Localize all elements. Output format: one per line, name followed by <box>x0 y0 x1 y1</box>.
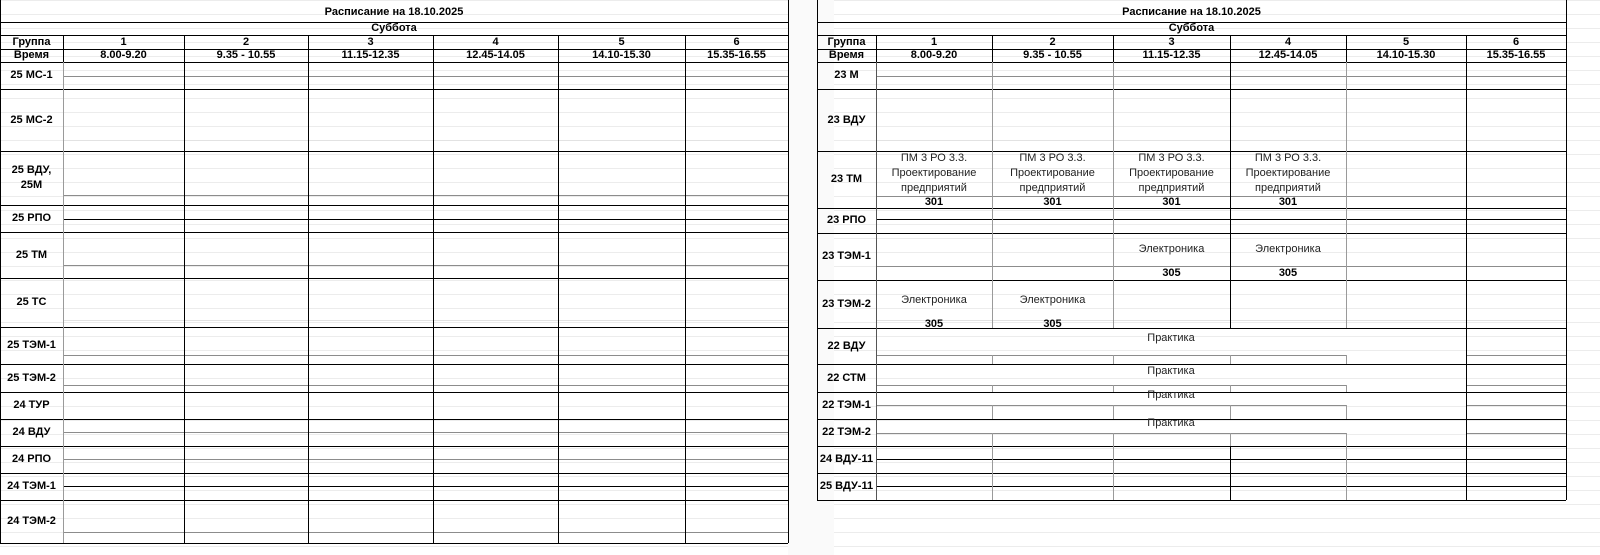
group-name: 22 СТМ <box>817 364 876 392</box>
grid-line <box>184 151 185 205</box>
grid-line <box>433 232 434 278</box>
grid-line <box>1466 392 1467 419</box>
grid-line <box>1566 0 1567 500</box>
pair-time: 15.35-16.55 <box>1466 49 1566 62</box>
group-name: 24 ТЭМ-2 <box>0 500 63 543</box>
schedule-title: Расписание на 18.10.2025 <box>0 2 788 22</box>
grid-line <box>876 405 1346 406</box>
pair-number: 3 <box>308 35 433 49</box>
grid-line <box>1466 419 1467 446</box>
pair-time: 11.15-12.35 <box>308 49 433 62</box>
grid-line <box>685 278 686 327</box>
grid-line <box>63 432 788 433</box>
pair-number: 5 <box>1346 35 1466 49</box>
pair-time: 8.00-9.20 <box>876 49 992 62</box>
grid-line <box>685 62 686 89</box>
grid-line <box>308 62 309 89</box>
grid-line <box>558 500 559 543</box>
grid-line <box>558 151 559 205</box>
grid-line <box>433 446 434 473</box>
group-name: 25 МС-2 <box>0 89 63 151</box>
day-label: Суббота <box>0 22 788 35</box>
pair-number: 2 <box>992 35 1113 49</box>
grid-line <box>1113 473 1114 500</box>
pair-number: 4 <box>1230 35 1346 49</box>
grid-line <box>1230 473 1231 500</box>
practice-label: Практика <box>876 328 1466 349</box>
grid-line <box>788 0 789 543</box>
pair-time: 14.10-15.30 <box>1346 49 1466 62</box>
grid-line <box>992 385 993 392</box>
grid-line <box>308 278 309 327</box>
grid-line <box>876 76 1566 77</box>
grid-line <box>0 543 788 544</box>
grid-line <box>184 392 185 419</box>
grid-line <box>184 35 185 62</box>
lesson-subject: ПМ 3 РО 3.3. Проектирование предприятий <box>876 151 992 196</box>
grid-line <box>308 232 309 278</box>
grid-line <box>876 140 1566 141</box>
group-name: 25 ТС <box>0 278 63 327</box>
grid-line <box>184 446 185 473</box>
grid-line <box>308 35 309 62</box>
grid-line <box>1346 89 1347 151</box>
grid-line <box>1346 280 1347 328</box>
group-header: Группа <box>817 35 876 49</box>
pair-number: 6 <box>685 35 788 49</box>
grid-line <box>1230 385 1231 392</box>
grid-line <box>184 62 185 89</box>
grid-line <box>63 385 788 386</box>
pair-time: 12.45-14.05 <box>1230 49 1346 62</box>
grid-line <box>1346 35 1347 62</box>
grid-line <box>876 459 1566 460</box>
group-name: 23 ТМ <box>817 151 876 208</box>
grid-line <box>876 433 1346 434</box>
pair-time: 9.35 - 10.55 <box>184 49 308 62</box>
group-name: 23 ТЭМ-1 <box>817 233 876 280</box>
grid-line <box>1466 405 1566 406</box>
group-header: Группа <box>0 35 63 49</box>
grid-line <box>1230 446 1231 473</box>
grid-line <box>1230 89 1231 151</box>
grid-line <box>876 486 1566 487</box>
grid-line <box>992 89 993 151</box>
grid-line <box>992 233 993 280</box>
grid-line <box>1113 446 1114 473</box>
grid-line <box>63 278 64 327</box>
group-name: 25 ТЭМ-2 <box>0 364 63 392</box>
grid-line <box>992 433 993 446</box>
grid-line <box>63 62 64 89</box>
grid-line <box>992 473 993 500</box>
pair-number: 3 <box>1113 35 1230 49</box>
lesson-room: 305 <box>992 320 1113 328</box>
grid-line <box>1346 446 1347 473</box>
grid-line <box>63 459 788 460</box>
grid-line <box>817 473 1566 474</box>
grid-line <box>1466 233 1467 280</box>
grid-line <box>1466 385 1566 386</box>
grid-line <box>876 446 877 473</box>
grid-line <box>63 419 64 446</box>
grid-line <box>876 385 1346 386</box>
grid-line <box>308 327 309 364</box>
grid-line <box>1466 208 1467 233</box>
grid-line <box>876 89 877 151</box>
grid-line <box>1346 151 1347 208</box>
grid-line <box>1466 433 1566 434</box>
grid-line <box>1230 355 1231 364</box>
grid-line <box>184 232 185 278</box>
grid-line <box>685 392 686 419</box>
group-name: 24 ВДУ <box>0 419 63 446</box>
grid-line <box>433 278 434 327</box>
grid-line <box>1346 208 1347 233</box>
grid-line <box>308 446 309 473</box>
grid-line <box>63 364 64 392</box>
grid-line <box>308 500 309 543</box>
grid-line <box>184 419 185 446</box>
grid-line <box>184 364 185 392</box>
grid-line <box>63 355 788 356</box>
grid-line <box>63 205 64 232</box>
pair-time: 9.35 - 10.55 <box>992 49 1113 62</box>
pair-number: 1 <box>63 35 184 49</box>
grid-line <box>1346 405 1347 419</box>
grid-line <box>558 446 559 473</box>
grid-line <box>1466 355 1566 356</box>
group-name: 23 ВДУ <box>817 89 876 151</box>
time-header: Время <box>0 49 63 62</box>
grid-line <box>1346 233 1347 280</box>
grid-line <box>685 151 686 205</box>
grid-line <box>685 446 686 473</box>
grid-line <box>63 140 788 141</box>
grid-line <box>1230 62 1231 89</box>
grid-line <box>0 232 788 233</box>
grid-line <box>1466 151 1467 208</box>
group-name: 25 РПО <box>0 205 63 232</box>
group-name: 23 ТЭМ-2 <box>817 280 876 328</box>
grid-line <box>1230 35 1231 62</box>
grid-line <box>817 446 1566 447</box>
schedule-title: Расписание на 18.10.2025 <box>817 2 1566 22</box>
grid-line <box>308 364 309 392</box>
lesson-subject: ПМ 3 РО 3.3. Проектирование предприятий <box>992 151 1113 196</box>
grid-line <box>308 473 309 500</box>
group-name: 23 М <box>817 62 876 89</box>
grid-line <box>0 151 788 152</box>
grid-line <box>992 62 993 89</box>
grid-line <box>0 278 788 279</box>
grid-line <box>817 500 1566 501</box>
grid-line <box>433 62 434 89</box>
grid-line <box>0 419 788 420</box>
grid-line <box>876 35 877 62</box>
lesson-subject: Электроника <box>1113 233 1230 266</box>
grid-line <box>0 364 788 365</box>
pair-time: 15.35-16.55 <box>685 49 788 62</box>
group-name: 24 ТУР <box>0 392 63 419</box>
grid-line <box>63 265 788 266</box>
grid-line <box>1466 35 1467 62</box>
grid-line <box>0 446 788 447</box>
grid-line <box>685 35 686 62</box>
grid-line <box>685 89 686 151</box>
grid-line <box>1346 355 1347 364</box>
grid-line <box>558 327 559 364</box>
grid-line <box>685 327 686 364</box>
grid-line <box>992 35 993 62</box>
grid-line <box>876 355 1346 356</box>
group-name: 25 МС-1 <box>0 62 63 89</box>
group-name: 25 ВДУ, 25М <box>0 151 63 205</box>
grid-line <box>1113 355 1114 364</box>
grid-line <box>433 327 434 364</box>
grid-line <box>433 89 434 151</box>
pair-number: 4 <box>433 35 558 49</box>
group-name: 22 ТЭМ-2 <box>817 419 876 446</box>
grid-line <box>1113 62 1114 89</box>
grid-line <box>308 89 309 151</box>
pair-number: 6 <box>1466 35 1566 49</box>
lesson-room: 305 <box>1230 266 1346 280</box>
group-name: 25 ТЭМ-1 <box>0 327 63 364</box>
grid-line <box>63 232 64 278</box>
lesson-room: 301 <box>1113 196 1230 208</box>
grid-line <box>558 89 559 151</box>
grid-line <box>0 500 788 501</box>
grid-line <box>685 205 686 232</box>
grid-line <box>63 89 64 151</box>
grid-line <box>685 364 686 392</box>
lesson-room: 301 <box>876 196 992 208</box>
grid-line <box>1113 280 1114 328</box>
grid-line <box>433 35 434 62</box>
grid-line <box>876 208 877 233</box>
group-name: 25 ТМ <box>0 232 63 278</box>
grid-line <box>308 205 309 232</box>
grid-line <box>433 419 434 446</box>
grid-line <box>1230 208 1231 233</box>
grid-line <box>876 473 877 500</box>
pair-number: 2 <box>184 35 308 49</box>
grid-line <box>63 76 788 77</box>
grid-line <box>1466 280 1467 328</box>
grid-line <box>184 89 185 151</box>
group-name: 24 ТЭМ-1 <box>0 473 63 500</box>
grid-line <box>558 278 559 327</box>
grid-line <box>0 327 788 328</box>
grid-line <box>1346 385 1347 392</box>
pair-number: 5 <box>558 35 685 49</box>
lesson-subject: ПМ 3 РО 3.3. Проектирование предприятий <box>1230 151 1346 196</box>
grid-line <box>63 473 64 500</box>
grid-line <box>0 392 788 393</box>
grid-line <box>1113 208 1114 233</box>
group-name: 25 ВДУ-11 <box>817 473 876 500</box>
grid-line <box>1113 89 1114 151</box>
grid-line <box>1466 89 1467 151</box>
pair-number: 1 <box>876 35 992 49</box>
grid-line <box>685 500 686 543</box>
grid-line <box>63 392 64 419</box>
grid-line <box>558 473 559 500</box>
grid-line <box>876 219 1566 220</box>
lesson-subject: Электроника <box>876 280 992 320</box>
grid-line <box>63 151 64 205</box>
grid-line <box>685 473 686 500</box>
grid-line <box>1113 385 1114 392</box>
grid-line <box>184 500 185 543</box>
grid-line <box>558 62 559 89</box>
grid-line <box>184 473 185 500</box>
grid-line <box>1113 405 1114 419</box>
grid-line <box>1466 364 1467 392</box>
lesson-subject: Электроника <box>1230 233 1346 266</box>
grid-line <box>1346 473 1347 500</box>
lesson-room: 301 <box>992 196 1113 208</box>
lesson-room: 301 <box>1230 196 1346 208</box>
grid-line <box>992 446 993 473</box>
group-name: 24 РПО <box>0 446 63 473</box>
grid-line <box>1113 35 1114 62</box>
time-header: Время <box>817 49 876 62</box>
pair-time: 8.00-9.20 <box>63 49 184 62</box>
grid-line <box>992 405 993 419</box>
grid-line <box>0 89 788 90</box>
grid-line <box>308 419 309 446</box>
grid-line <box>0 473 788 474</box>
grid-line <box>433 500 434 543</box>
lesson-room: 305 <box>876 320 992 328</box>
grid-line <box>63 320 788 321</box>
grid-line <box>1230 433 1231 446</box>
group-name: 22 ВДУ <box>817 328 876 364</box>
grid-line <box>1466 473 1467 500</box>
grid-line <box>1113 433 1114 446</box>
grid-line <box>0 205 788 206</box>
pair-time: 14.10-15.30 <box>558 49 685 62</box>
grid-line <box>992 208 993 233</box>
grid-line <box>184 327 185 364</box>
grid-line <box>817 89 1566 90</box>
grid-line <box>184 205 185 232</box>
practice-label: Практика <box>876 419 1466 427</box>
grid-line <box>558 35 559 62</box>
grid-line <box>1466 328 1467 364</box>
grid-line <box>685 232 686 278</box>
group-name: 23 РПО <box>817 208 876 233</box>
grid-line <box>63 327 64 364</box>
grid-line <box>433 151 434 205</box>
grid-line <box>558 205 559 232</box>
grid-line <box>1466 62 1467 89</box>
lesson-subject: ПМ 3 РО 3.3. Проектирование предприятий <box>1113 151 1230 196</box>
practice-label: Практика <box>876 364 1466 379</box>
grid-line <box>308 392 309 419</box>
practice-label: Практика <box>876 392 1466 399</box>
lesson-subject: Электроника <box>992 280 1113 320</box>
grid-line <box>1466 446 1467 473</box>
grid-line <box>433 473 434 500</box>
grid-line <box>876 62 877 89</box>
grid-line <box>63 486 788 487</box>
day-label: Суббота <box>817 22 1566 35</box>
grid-line <box>308 151 309 205</box>
pair-time: 12.45-14.05 <box>433 49 558 62</box>
grid-line <box>558 364 559 392</box>
grid-line <box>685 419 686 446</box>
grid-line <box>433 205 434 232</box>
grid-line <box>63 446 64 473</box>
grid-line <box>992 355 993 364</box>
grid-line <box>558 392 559 419</box>
grid-line <box>558 419 559 446</box>
grid-line <box>433 364 434 392</box>
grid-line <box>63 195 788 196</box>
grid-line <box>63 35 64 62</box>
grid-line <box>184 278 185 327</box>
group-name: 24 ВДУ-11 <box>817 446 876 473</box>
group-name: 22 ТЭМ-1 <box>817 392 876 419</box>
grid-line <box>1346 62 1347 89</box>
grid-line <box>1230 280 1231 328</box>
grid-line <box>63 219 788 220</box>
pair-time: 11.15-12.35 <box>1113 49 1230 62</box>
grid-line <box>433 392 434 419</box>
lesson-room: 305 <box>1113 266 1230 280</box>
grid-line <box>558 232 559 278</box>
grid-line <box>63 500 64 543</box>
grid-line <box>1230 405 1231 419</box>
grid-line <box>1346 433 1347 446</box>
grid-line <box>876 233 877 280</box>
grid-line <box>63 532 788 533</box>
